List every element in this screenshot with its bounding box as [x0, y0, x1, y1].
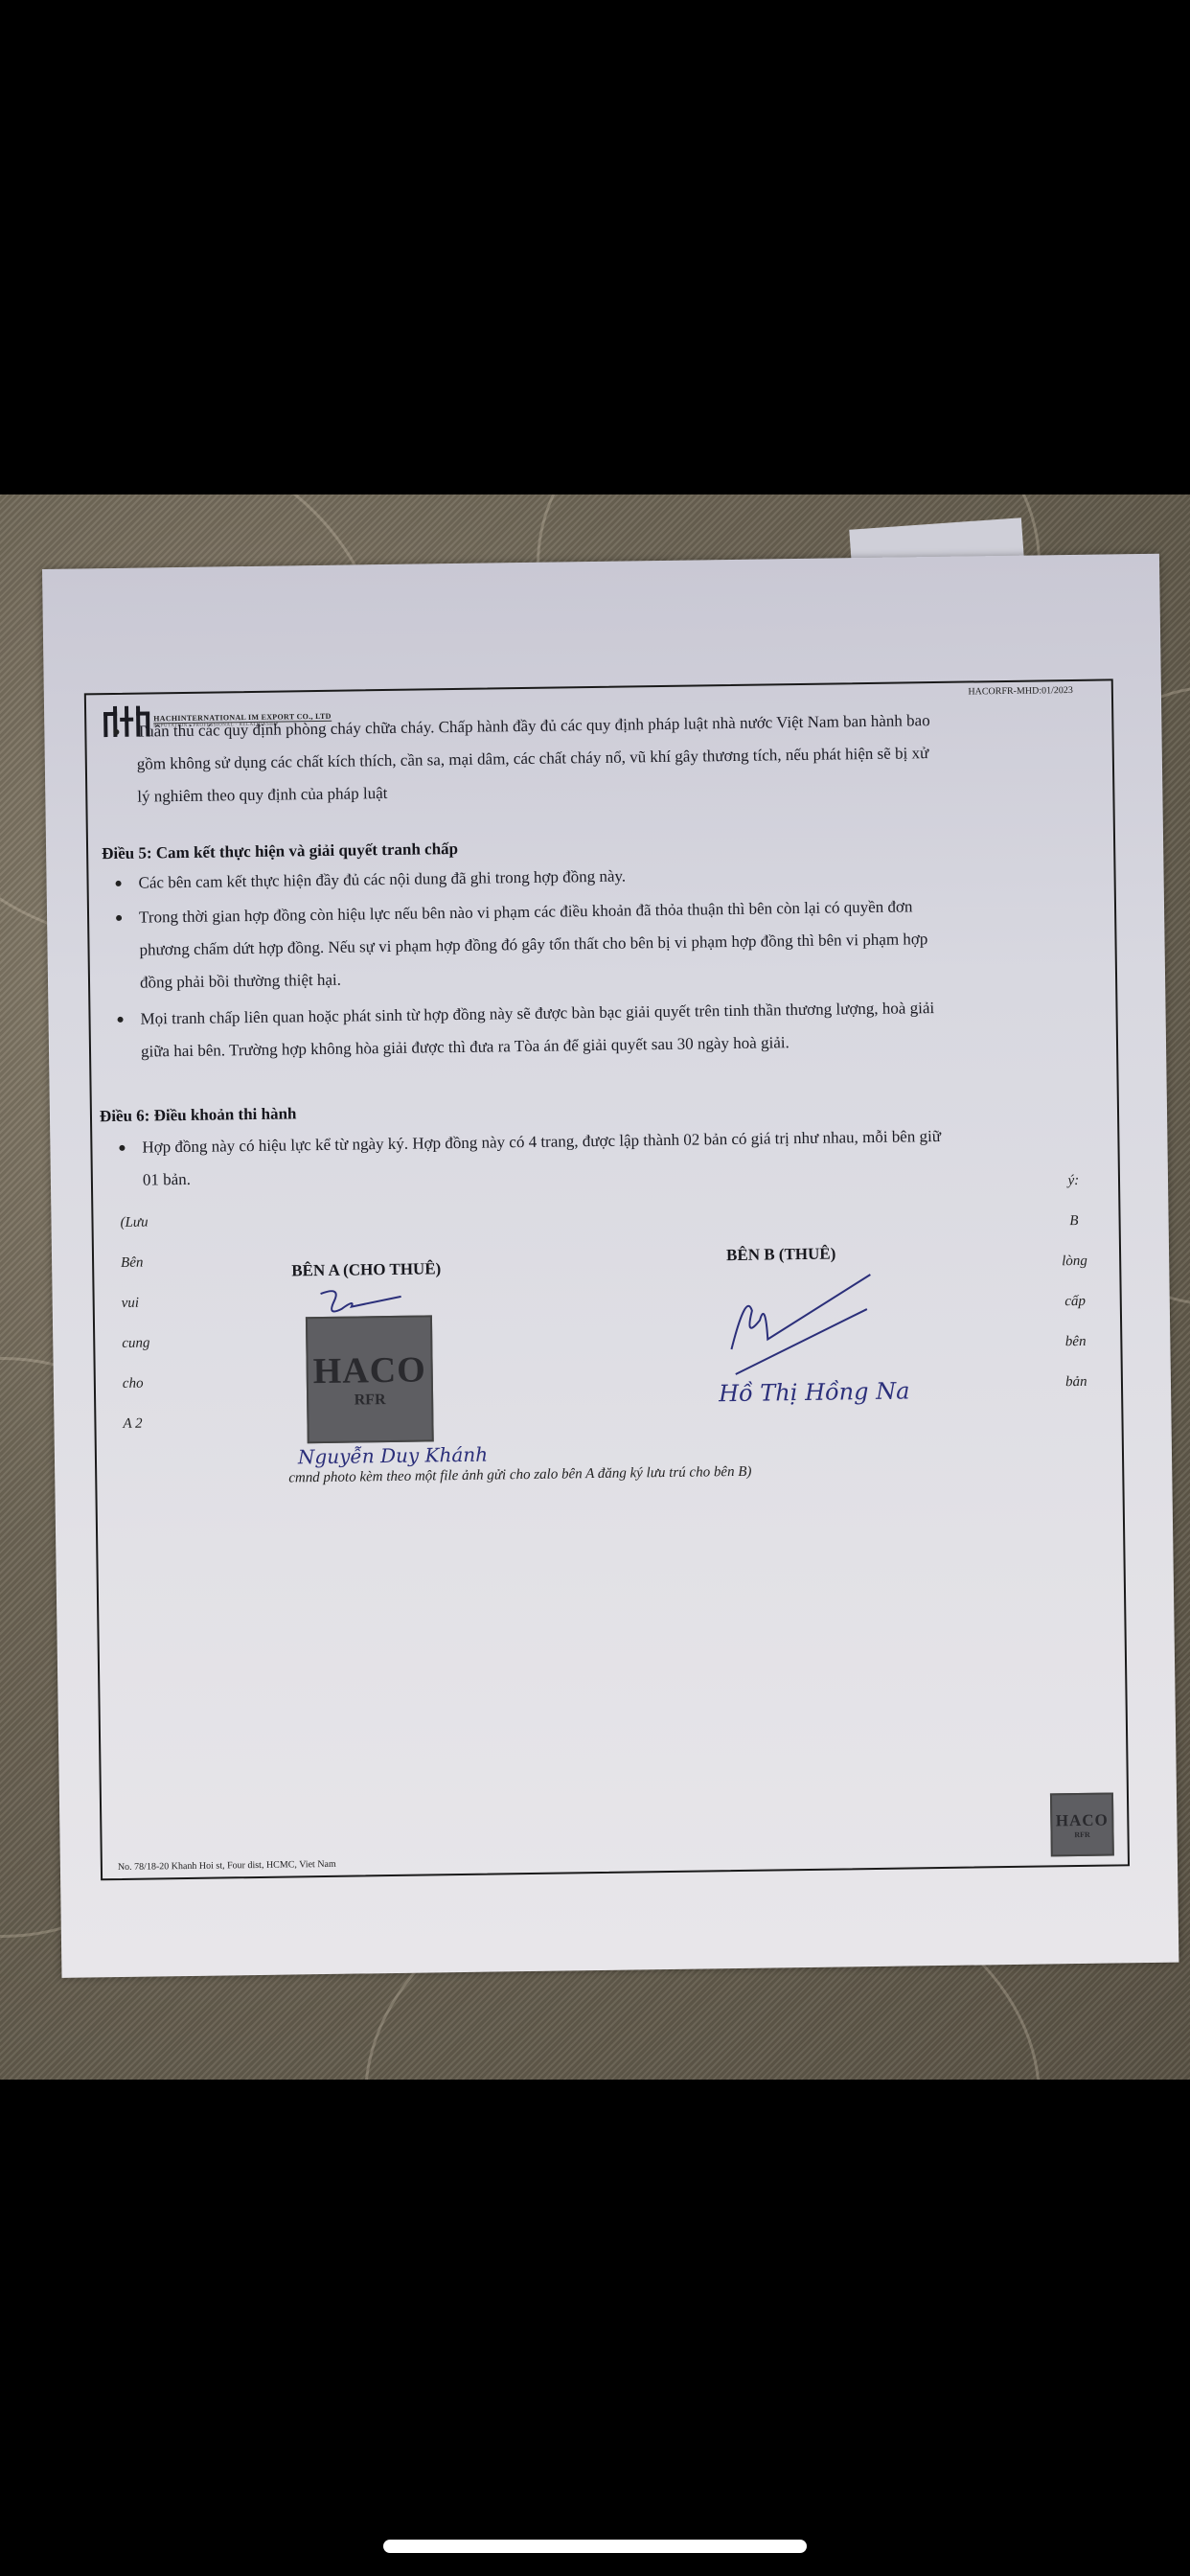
article-6-title: Điều 6: Điều khoản thi hành [100, 1104, 297, 1126]
bullet-line: đồng phải bồi thường thiệt hại. [140, 964, 341, 1000]
bullet-line: Mọi tranh chấp liên quan hoặc phát sinh … [140, 992, 934, 1036]
company-stamp: HACO RFR [306, 1315, 434, 1443]
bullet-line: Các bên cam kết thực hiện đầy đủ các nội… [138, 861, 626, 900]
party-b-signature-icon [726, 1271, 881, 1378]
document-code: HACORFR-MHD:01/2023 [968, 685, 1073, 698]
bullet-line: lý nghiêm theo quy định của pháp luật [137, 777, 388, 814]
article-5-title: Điều 5: Cam kết thực hiện và giải quyết … [102, 839, 458, 863]
party-a-signed-name: Nguyễn Duy Khánh [298, 1443, 488, 1469]
margin-note-right: ý: B lòng cấp bên bản [1061, 1161, 1089, 1402]
bullet-line: Hợp đồng này có hiệu lực kể từ ngày ký. … [142, 1120, 941, 1164]
document-photo: HACHINTERNATIONAL IM EXPORT CO., LTD REP… [0, 494, 1190, 2080]
contract-page: HACHINTERNATIONAL IM EXPORT CO., LTD REP… [42, 554, 1179, 1978]
party-a-title: BÊN A (CHO THUÊ) [291, 1259, 441, 1280]
page-border: HACHINTERNATIONAL IM EXPORT CO., LTD REP… [84, 678, 1130, 1880]
home-indicator[interactable] [383, 2540, 807, 2553]
party-b-signed-name: Hồ Thị Hồng Na [719, 1377, 910, 1407]
margin-note-left: (Lưu Bên vui cung cho A 2 [120, 1203, 151, 1444]
bullet-line: 01 bản. [143, 1163, 192, 1197]
footer-stamp: HACO RFR [1050, 1793, 1114, 1857]
party-b-title: BÊN B (THUÊ) [726, 1245, 836, 1266]
footer-address: No. 78/18-20 Khanh Hoi st, Four dist, HC… [118, 1859, 336, 1873]
